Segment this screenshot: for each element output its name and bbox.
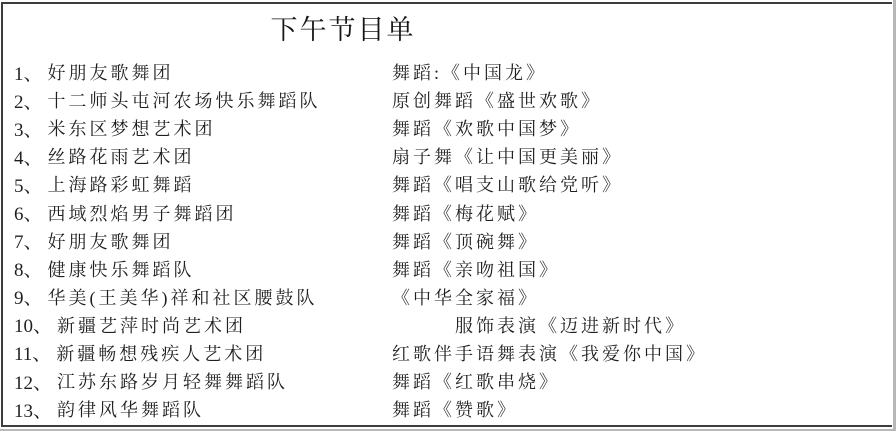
program-title: 舞蹈《梅花赋》 xyxy=(392,200,539,226)
program-row: 13、 韵律风华舞蹈队 舞蹈《赞歌》 xyxy=(3,395,892,423)
group-name: 江苏东路岁月轻舞舞蹈队 xyxy=(57,368,288,394)
group-name: 米东区梦想艺术团 xyxy=(48,115,216,141)
row-number: 8、 xyxy=(3,255,43,282)
program-list: 1、 好朋友歌舞团 舞蹈:《中国龙》 2、 十二师头屯河农场快乐舞蹈队 原创舞蹈… xyxy=(3,58,892,423)
program-title: 《中华全家福》 xyxy=(392,284,539,310)
program-row: 10、 新疆艺萍时尚艺术团 服饰表演《迈进新时代》 xyxy=(3,311,892,339)
group-name: 新疆艺萍时尚艺术团 xyxy=(57,312,246,338)
program-title: 舞蹈:《中国龙》 xyxy=(392,59,547,85)
program-title: 舞蹈《红歌串烧》 xyxy=(392,368,560,394)
program-row: 3、 米东区梦想艺术团 舞蹈《欢歌中国梦》 xyxy=(3,114,892,142)
row-number: 4、 xyxy=(3,143,43,170)
group-name: 健康快乐舞蹈队 xyxy=(48,256,195,282)
group-name: 丝路花雨艺术团 xyxy=(48,143,195,169)
group-name: 十二师头屯河农场快乐舞蹈队 xyxy=(48,87,321,113)
program-row: 9、 华美(王美华)祥和社区腰鼓队 《中华全家福》 xyxy=(3,283,892,311)
group-name: 好朋友歌舞团 xyxy=(48,228,174,254)
program-row: 11、 新疆畅想残疾人艺术团 红歌伴手语舞表演《我爱你中国》 xyxy=(3,339,892,367)
group-name: 好朋友歌舞团 xyxy=(48,59,174,85)
program-row: 2、 十二师头屯河农场快乐舞蹈队 原创舞蹈《盛世欢歌》 xyxy=(3,86,892,114)
row-number: 7、 xyxy=(3,227,43,254)
row-number: 12、 xyxy=(3,368,52,395)
program-title: 舞蹈《唱支山歌给党听》 xyxy=(392,171,623,197)
program-title: 舞蹈《赞歌》 xyxy=(392,396,518,422)
program-title: 扇子舞《让中国更美丽》 xyxy=(392,143,623,169)
program-title: 原创舞蹈《盛世欢歌》 xyxy=(392,87,602,113)
group-name: 西域烈焰男子舞蹈团 xyxy=(48,200,237,226)
program-title: 舞蹈《欢歌中国梦》 xyxy=(392,115,581,141)
program-row: 5、 上海路彩虹舞蹈 舞蹈《唱支山歌给党听》 xyxy=(3,170,892,198)
program-row: 4、 丝路花雨艺术团 扇子舞《让中国更美丽》 xyxy=(3,142,892,170)
row-number: 11、 xyxy=(3,339,51,366)
group-name: 上海路彩虹舞蹈 xyxy=(48,171,195,197)
program-title: 舞蹈《亲吻祖国》 xyxy=(392,256,560,282)
row-number: 3、 xyxy=(3,115,43,142)
program-title: 红歌伴手语舞表演《我爱你中国》 xyxy=(392,340,707,366)
program-title: 服饰表演《迈进新时代》 xyxy=(392,312,686,338)
row-number: 10、 xyxy=(3,311,52,338)
row-number: 9、 xyxy=(3,283,43,310)
program-title: 舞蹈《顶碗舞》 xyxy=(392,228,539,254)
row-number: 13、 xyxy=(3,396,52,423)
program-row: 12、 江苏东路岁月轻舞舞蹈队 舞蹈《红歌串烧》 xyxy=(3,367,892,395)
row-number: 5、 xyxy=(3,171,43,198)
group-name: 新疆畅想残疾人艺术团 xyxy=(56,340,266,366)
program-row: 1、 好朋友歌舞团 舞蹈:《中国龙》 xyxy=(3,58,892,86)
group-name: 韵律风华舞蹈队 xyxy=(57,396,204,422)
row-number: 1、 xyxy=(3,59,43,86)
program-row: 8、 健康快乐舞蹈队 舞蹈《亲吻祖国》 xyxy=(3,255,892,283)
program-row: 6、 西域烈焰男子舞蹈团 舞蹈《梅花赋》 xyxy=(3,198,892,226)
row-number: 6、 xyxy=(3,199,43,226)
row-number: 2、 xyxy=(3,87,43,114)
group-name: 华美(王美华)祥和社区腰鼓队 xyxy=(48,284,318,310)
page-title: 下午节目单 xyxy=(3,13,683,47)
program-row: 7、 好朋友歌舞团 舞蹈《顶碗舞》 xyxy=(3,227,892,255)
document-sheet: 下午节目单 1、 好朋友歌舞团 舞蹈:《中国龙》 2、 十二师头屯河农场快乐舞蹈… xyxy=(1,2,892,427)
program-document: 下午节目单 1、 好朋友歌舞团 舞蹈:《中国龙》 2、 十二师头屯河农场快乐舞蹈… xyxy=(0,0,896,431)
